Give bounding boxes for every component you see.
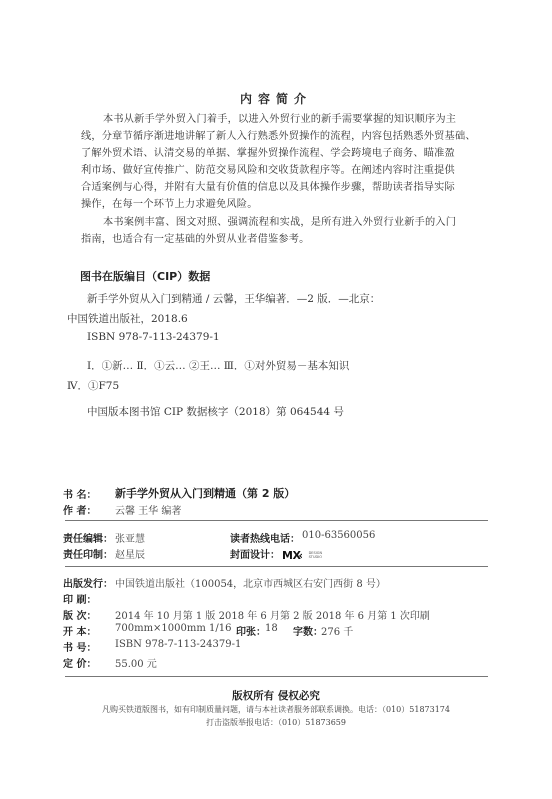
cip-heading: 图书在版编目（CIP）数据 xyxy=(80,268,210,284)
isbn-value: ISBN 978-7-113-24379-1 xyxy=(115,639,241,650)
service-notice: 凡购买铁道版图书，如有印制质量问题，请与本社读者服务部联系调换。电话：（010）… xyxy=(0,704,552,715)
cip-line: 新手学外贸从入门到精通 / 云馨，王华编著．—2 版．—北京： xyxy=(87,291,380,306)
cip-line: 中国铁道出版社，2018.6 xyxy=(67,311,188,326)
isbn-label: 书 号： xyxy=(63,639,96,654)
book-title-label: 书 名： xyxy=(63,486,96,501)
word-count-label: 字数： xyxy=(293,623,323,638)
cip-isbn: ISBN 978-7-113-24379-1 xyxy=(87,331,220,343)
intro-paragraph-line: 操作，在每一个环节上力求避免风险。 xyxy=(81,195,258,210)
author-label: 作 者： xyxy=(63,502,96,517)
divider xyxy=(65,676,488,677)
intro-paragraph-line: 本书从新手学外贸入门着手，以进入外贸行业的新手需要掌握的知识顺序为主 xyxy=(103,110,456,125)
sheets-value: 18 xyxy=(265,623,278,634)
cip-classification: Ⅳ．①F75 xyxy=(67,378,119,393)
piracy-hotline: 打击盗版举报电话：（010）51873659 xyxy=(0,717,552,728)
divider xyxy=(65,520,488,521)
cip-classification: Ⅰ．①新… Ⅱ．①云… ②王… Ⅲ．①对外贸易－基本知识 xyxy=(87,358,349,373)
price-label: 定 价： xyxy=(63,655,96,670)
design-studio-logo: MX‹ DESIGN STUDIO xyxy=(282,544,322,563)
publisher-label: 出版发行： xyxy=(63,575,113,590)
word-count-value: 276 千 xyxy=(321,623,353,638)
format-label: 开 本： xyxy=(63,623,96,638)
divider xyxy=(65,566,488,567)
author-value: 云馨 王华 编著 xyxy=(115,502,181,517)
logo-chevron-icon: ‹ xyxy=(298,549,302,562)
edition-value: 2014 年 10 月第 1 版 2018 年 6 月第 2 版 2018 年 … xyxy=(115,607,430,622)
intro-paragraph-line: 本书案例丰富、图文对照、强调流程和实战，是所有进入外贸行业新手的入门 xyxy=(103,213,456,228)
cip-verification: 中国版本图书馆 CIP 数据核字（2018）第 064544 号 xyxy=(87,404,344,419)
format-value: 700mm×1000mm 1/16 xyxy=(115,623,231,634)
editor-value: 张亚慧 xyxy=(115,530,145,545)
logo-subtext: DESIGN STUDIO xyxy=(309,551,323,559)
intro-paragraph-line: 线，分章节循序渐进地讲解了新人入行熟悉外贸操作的流程，内容包括熟悉外贸基础、 xyxy=(81,127,476,142)
intro-title: 内容简介 xyxy=(0,90,552,107)
intro-paragraph-line: 了解外贸术语、认清交易的单据、掌握外贸操作流程、学会跨境电子商务、瞄准盈 xyxy=(81,144,455,159)
intro-paragraph-line: 合适案例与心得，并附有大量有价值的信息以及具体操作步骤，帮助读者指导实际 xyxy=(81,178,455,193)
intro-paragraph-line: 指南，也适合有一定基础的外贸从业者借鉴参考。 xyxy=(81,230,310,245)
book-title: 新手学外贸从入门到精通（第 2 版） xyxy=(115,485,295,501)
cover-design-label: 封面设计： xyxy=(230,546,280,561)
editor-label: 责任编辑： xyxy=(63,530,113,545)
edition-label: 版 次： xyxy=(63,607,96,622)
hotline-value: 010-63560056 xyxy=(302,530,375,541)
copyright-notice: 版权所有 侵权必究 xyxy=(0,688,552,703)
print-supervisor-label: 责任印制： xyxy=(63,546,113,561)
price-value: 55.00 元 xyxy=(115,655,157,670)
intro-paragraph-line: 利市场、做好宣传推广、防范交易风险和交收货款程序等。在阐述内容时注重提供 xyxy=(81,161,455,176)
printer-label: 印 刷： xyxy=(63,591,96,606)
sheets-label: 印张： xyxy=(236,623,266,638)
print-supervisor-value: 赵星辰 xyxy=(115,546,145,561)
publisher-value: 中国铁道出版社（100054，北京市西城区右安门西街 8 号） xyxy=(115,575,386,590)
hotline-label: 读者热线电话： xyxy=(230,530,300,545)
